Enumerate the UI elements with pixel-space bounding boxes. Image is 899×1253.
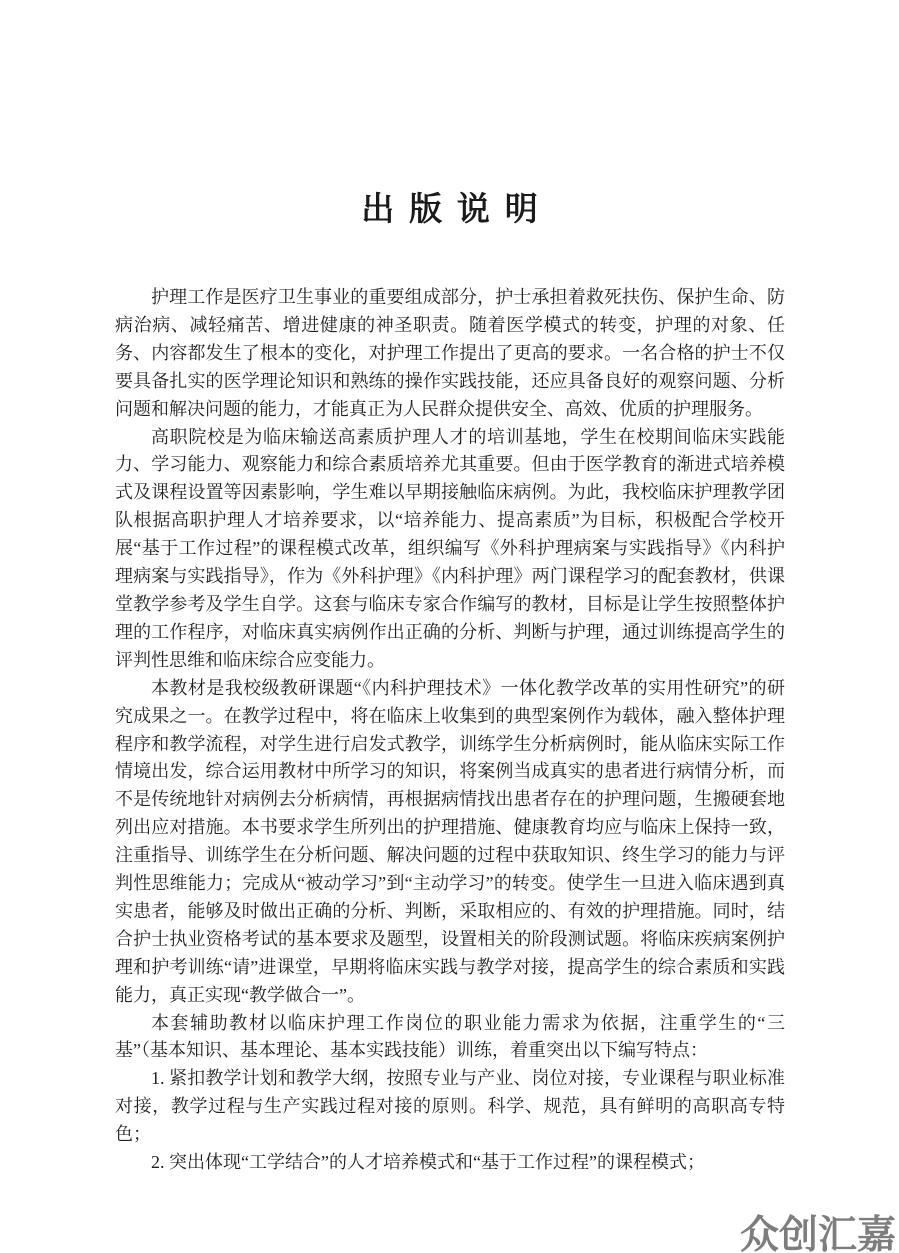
page-title: 出版说明 <box>0 183 899 230</box>
watermark-logo: 众创汇嘉 <box>740 1216 896 1253</box>
list-item-2: 2. 突出体现“工学结合”的人才培养模式和“基于工作过程”的课程模式； <box>115 1149 785 1177</box>
document-page: 出版说明 护理工作是医疗卫生事业的重要组成部分，护士承担着救死扶伤、保护生命、防… <box>0 0 899 1253</box>
list-item-1: 1. 紧扣教学计划和教学大纲，按照专业与产业、岗位对接，专业课程与职业标准对接，… <box>115 1065 785 1149</box>
paragraph-4: 本套辅助教材以临床护理工作岗位的职业能力需求为依据，注重学生的“三基”（基本知识… <box>115 1010 785 1066</box>
document-body: 护理工作是医疗卫生事业的重要组成部分，护士承担着救死扶伤、保护生命、防病治病、减… <box>115 284 785 1177</box>
paragraph-3: 本教材是我校级教研课题“《内科护理技术》一体化教学改革的实用性研究”的研究成果之… <box>115 675 785 1010</box>
paragraph-2: 高职院校是为临床输送高素质护理人才的培训基地，学生在校期间临床实践能力、学习能力… <box>115 424 785 675</box>
paragraph-1: 护理工作是医疗卫生事业的重要组成部分，护士承担着救死扶伤、保护生命、防病治病、减… <box>115 284 785 424</box>
